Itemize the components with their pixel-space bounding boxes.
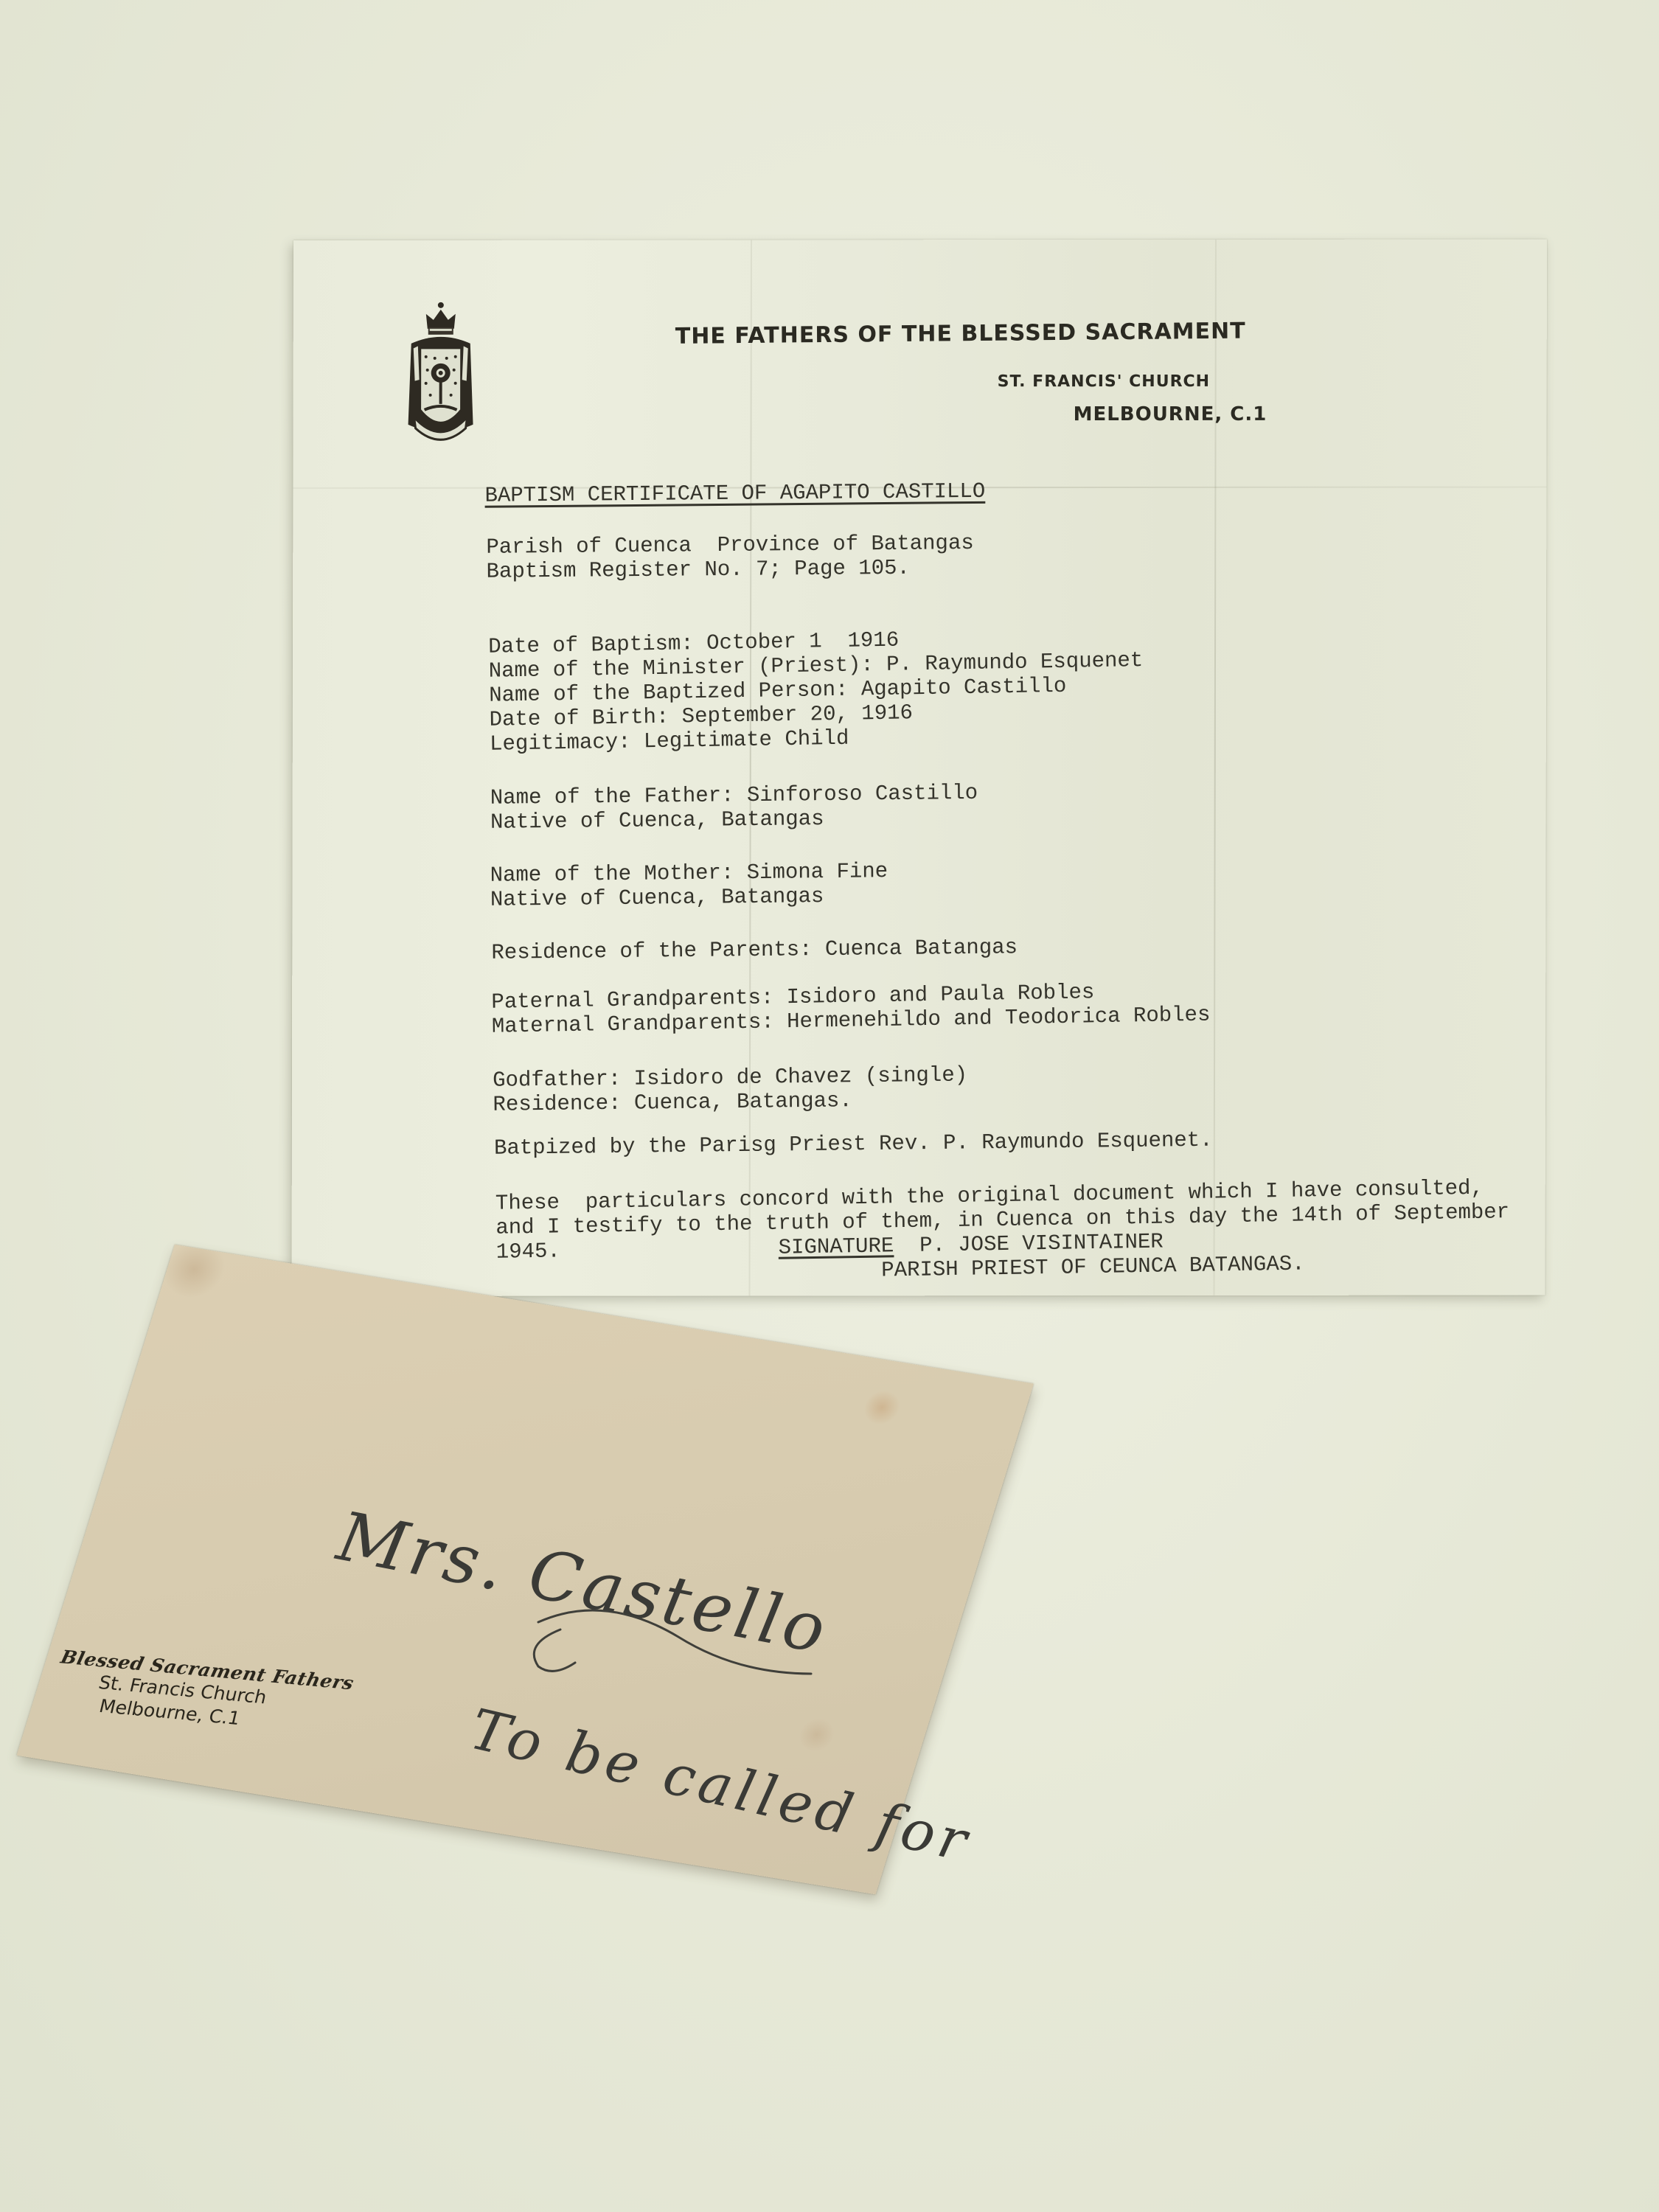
letterhead-city: MELBOURNE, C.1	[1074, 403, 1267, 425]
baptism-record: Date of Baptism: October 1 1916Name of t…	[488, 624, 1144, 757]
father-info: Name of the Father: Sinforoso CastilloNa…	[490, 781, 978, 835]
certificate-heading: BAPTISM CERTIFICATE OF AGAPITO CASTILLO	[484, 479, 985, 508]
baptism-certificate-letter: THE FATHERS OF THE BLESSED SACRAMENT ST.…	[292, 240, 1547, 1296]
mother-native: Native of Cuenca, Batangas	[490, 883, 888, 912]
father-name: Name of the Father: Sinforoso Castillo	[490, 781, 978, 810]
signature-label: SIGNATURE	[778, 1234, 894, 1259]
coat-of-arms-crest-icon	[403, 299, 477, 454]
letterhead-org-name: THE FATHERS OF THE BLESSED SACRAMENT	[675, 318, 1246, 349]
paper-fold-line	[1213, 240, 1216, 1295]
godfather-residence: Residence: Cuenca, Batangas.	[493, 1087, 967, 1116]
handwritten-flourish-icon	[516, 1600, 826, 1688]
mother-name: Name of the Mother: Simona Fine	[490, 859, 888, 888]
signatory-name: P. JOSE VISINTAINER	[919, 1230, 1164, 1258]
attestation: These particulars concord with the origi…	[495, 1175, 1510, 1289]
grandparents-info: Paternal Grandparents: Isidoro and Paula…	[491, 978, 1210, 1039]
attestation-year: 1945.	[496, 1239, 560, 1264]
register-line: Baptism Register No. 7; Page 105.	[487, 555, 975, 584]
parish-info: Parish of Cuenca Province of BatangasBap…	[486, 531, 974, 584]
godfather-info: Godfather: Isidoro de Chavez (single)Res…	[493, 1062, 967, 1116]
letterhead-church: ST. FRANCIS' CHURCH	[998, 372, 1210, 391]
parents-residence: Residence of the Parents: Cuenca Batanga…	[491, 935, 1018, 964]
father-native: Native of Cuenca, Batangas	[490, 805, 978, 835]
envelope-return-address: Blessed Sacrament Fathers St. Francis Ch…	[48, 1646, 356, 1740]
mother-info: Name of the Mother: Simona FineNative of…	[490, 859, 888, 912]
baptized-by: Batpized by the Parisg Priest Rev. P. Ra…	[494, 1128, 1213, 1161]
certificate-heading-text: BAPTISM CERTIFICATE OF AGAPITO CASTILLO	[484, 479, 985, 508]
